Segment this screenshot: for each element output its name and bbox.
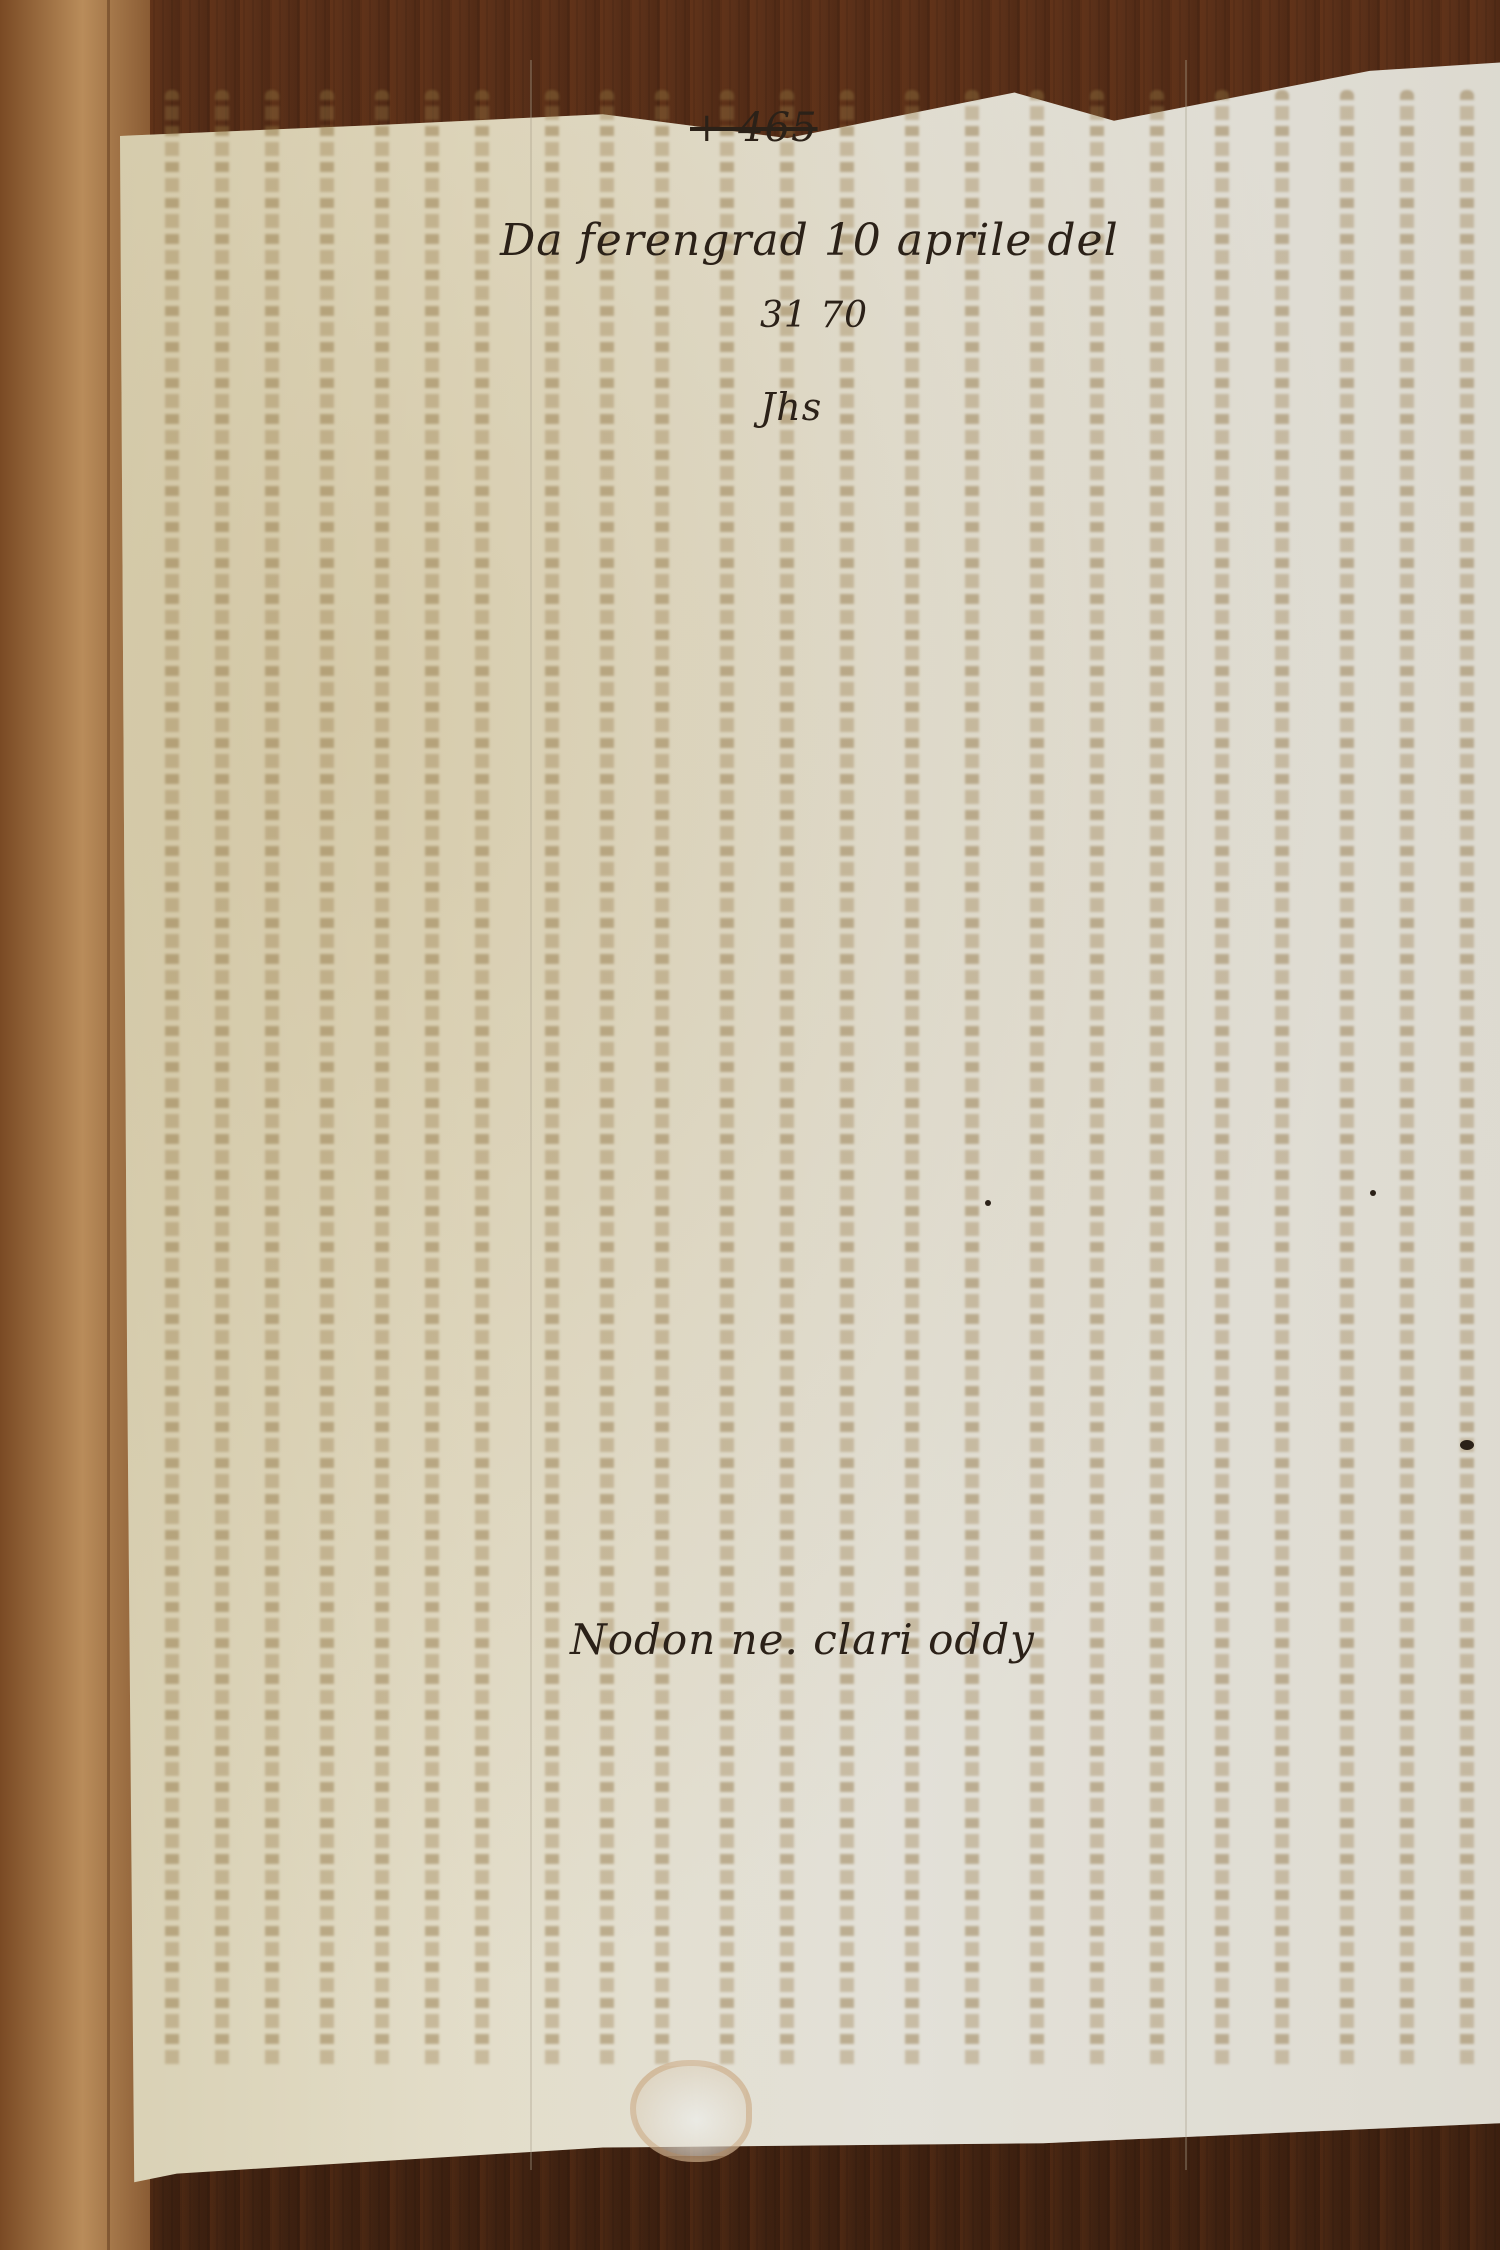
- ink-speck: [1370, 1190, 1376, 1196]
- bleed-through-column: [165, 90, 179, 2070]
- bleed-through-column: [840, 90, 854, 2070]
- bleed-through-column: [1460, 90, 1474, 2070]
- bleed-through-column: [1340, 90, 1354, 2070]
- bleed-through-column: [320, 90, 334, 2070]
- bleed-through-column: [655, 90, 669, 2070]
- bleed-through-column: [1150, 90, 1164, 2070]
- bleed-through-column: [375, 90, 389, 2070]
- bleed-through-column: [545, 90, 559, 2070]
- address-line-1: Da ferengrad 10 aprile del: [500, 215, 1119, 266]
- bleed-through-column: [425, 90, 439, 2070]
- address-line-2: 31 70: [760, 295, 868, 336]
- stain-mark: [630, 2060, 752, 2162]
- bleed-through-column: [600, 90, 614, 2070]
- bleed-through-column: [1030, 90, 1044, 2070]
- bleed-through-column: [475, 90, 489, 2070]
- ink-speck: [1460, 1440, 1474, 1450]
- folio-number: + 465: [690, 105, 818, 151]
- fold-line: [1185, 60, 1187, 2170]
- fold-line: [530, 60, 532, 2170]
- bleed-through-column: [1215, 90, 1229, 2070]
- bleed-through-column: [1400, 90, 1414, 2070]
- address-line-3: Jhs: [760, 385, 822, 429]
- bleed-through-column: [1090, 90, 1104, 2070]
- signature-line: Nodon ne. clari oddy: [570, 1615, 1035, 1664]
- bleed-through-column: [215, 90, 229, 2070]
- ink-speck: [985, 1200, 991, 1206]
- bleed-through-column: [965, 90, 979, 2070]
- bleed-through-column: [265, 90, 279, 2070]
- bleed-through-column: [905, 90, 919, 2070]
- bleed-through-column: [1275, 90, 1289, 2070]
- bleed-through-column: [720, 90, 734, 2070]
